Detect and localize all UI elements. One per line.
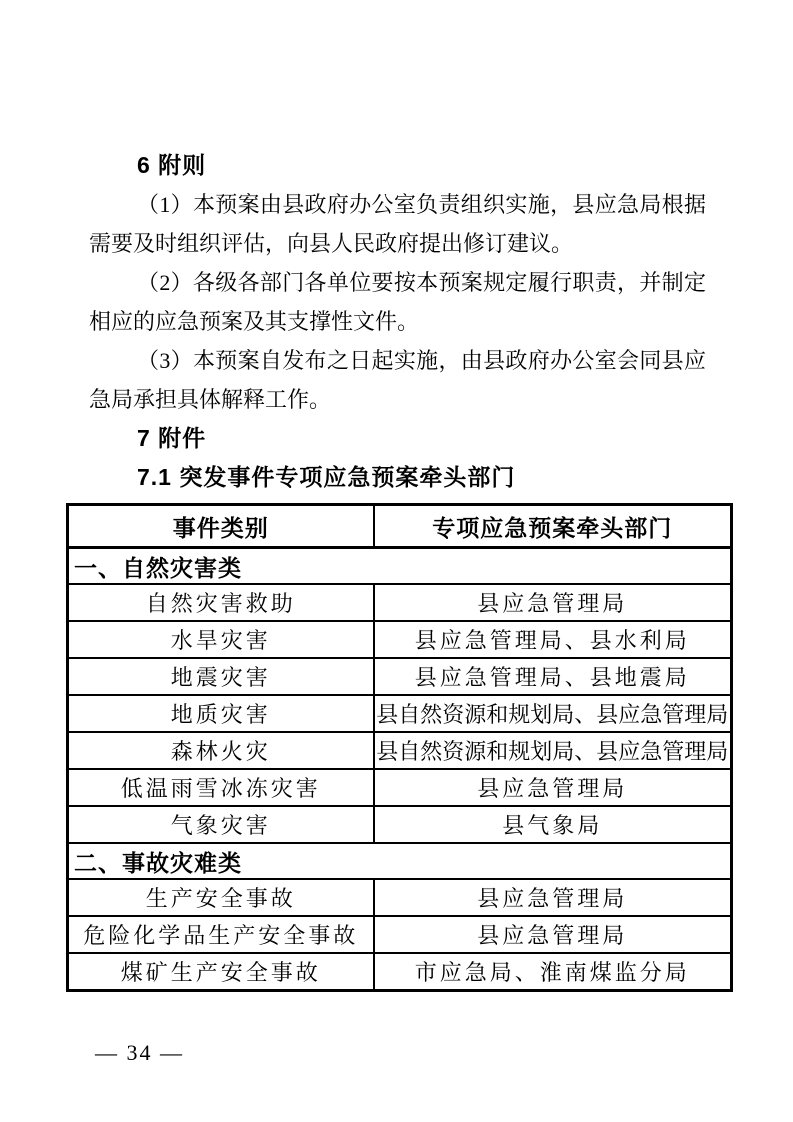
cell-department: 县自然资源和规划局、县应急管理局 (374, 695, 732, 732)
column-header-lead-department: 专项应急预案牵头部门 (374, 505, 732, 548)
table-row: 煤矿生产安全事故 市应急局、淮南煤监分局 (68, 953, 732, 991)
heading-section-7-1: 7.1 突发事件专项应急预案牵头部门 (89, 458, 706, 497)
heading-section-6: 6 附则 (89, 146, 706, 185)
cell-category: 森林火灾 (68, 732, 374, 769)
cell-category: 低温雨雪冰冻灾害 (68, 769, 374, 806)
lead-department-table: 事件类别 专项应急预案牵头部门 一、自然灾害类 自然灾害救助 县应急管理局 水旱… (66, 503, 733, 992)
paragraph-3-line-2: 急局承担具体解释工作。 (89, 380, 706, 419)
cell-department: 县应急管理局 (374, 916, 732, 953)
paragraph-2-line-2: 相应的应急预案及其支撑性文件。 (89, 302, 706, 341)
paragraph-2-line-1: （2）各级各部门各单位要按本预案规定履行职责，并制定 (89, 263, 706, 302)
cell-department: 县应急管理局 (374, 769, 732, 806)
document-body: 6 附则 （1）本预案由县政府办公室负责组织实施，县应急局根据 需要及时组织评估… (89, 146, 706, 497)
cell-category: 危险化学品生产安全事故 (68, 916, 374, 953)
table-row: 低温雨雪冰冻灾害 县应急管理局 (68, 769, 732, 806)
cell-category: 气象灾害 (68, 806, 374, 843)
cell-category: 生产安全事故 (68, 879, 374, 916)
table-row: 森林火灾 县自然资源和规划局、县应急管理局 (68, 732, 732, 769)
table-section-row: 二、事故灾难类 (68, 843, 732, 879)
paragraph-3-line-1: （3）本预案自发布之日起实施，由县政府办公室会同县应 (89, 341, 706, 380)
cell-category: 水旱灾害 (68, 621, 374, 658)
cell-department: 县应急管理局、县水利局 (374, 621, 732, 658)
heading-section-7: 7 附件 (89, 419, 706, 458)
section-label-natural-disasters: 一、自然灾害类 (68, 548, 732, 585)
table-row: 地质灾害 县自然资源和规划局、县应急管理局 (68, 695, 732, 732)
table-row: 地震灾害 县应急管理局、县地震局 (68, 658, 732, 695)
document-page: 6 附则 （1）本预案由县政府办公室负责组织实施，县应急局根据 需要及时组织评估… (0, 0, 793, 1122)
cell-department: 县应急管理局 (374, 584, 732, 621)
table-header-row: 事件类别 专项应急预案牵头部门 (68, 505, 732, 548)
cell-category: 地质灾害 (68, 695, 374, 732)
paragraph-1-line-2: 需要及时组织评估，向县人民政府提出修订建议。 (89, 224, 706, 263)
table-row: 水旱灾害 县应急管理局、县水利局 (68, 621, 732, 658)
cell-department: 县气象局 (374, 806, 732, 843)
column-header-event-category: 事件类别 (68, 505, 374, 548)
cell-category: 自然灾害救助 (68, 584, 374, 621)
cell-department: 县应急管理局 (374, 879, 732, 916)
page-number: — 34 — (95, 1040, 184, 1066)
table-row: 自然灾害救助 县应急管理局 (68, 584, 732, 621)
table-row: 生产安全事故 县应急管理局 (68, 879, 732, 916)
table-section-row: 一、自然灾害类 (68, 548, 732, 585)
section-label-accident-disasters: 二、事故灾难类 (68, 843, 732, 879)
cell-category: 地震灾害 (68, 658, 374, 695)
cell-department: 市应急局、淮南煤监分局 (374, 953, 732, 991)
cell-department: 县自然资源和规划局、县应急管理局 (374, 732, 732, 769)
cell-department: 县应急管理局、县地震局 (374, 658, 732, 695)
cell-category: 煤矿生产安全事故 (68, 953, 374, 991)
table-row: 气象灾害 县气象局 (68, 806, 732, 843)
table-row: 危险化学品生产安全事故 县应急管理局 (68, 916, 732, 953)
paragraph-1-line-1: （1）本预案由县政府办公室负责组织实施，县应急局根据 (89, 185, 706, 224)
